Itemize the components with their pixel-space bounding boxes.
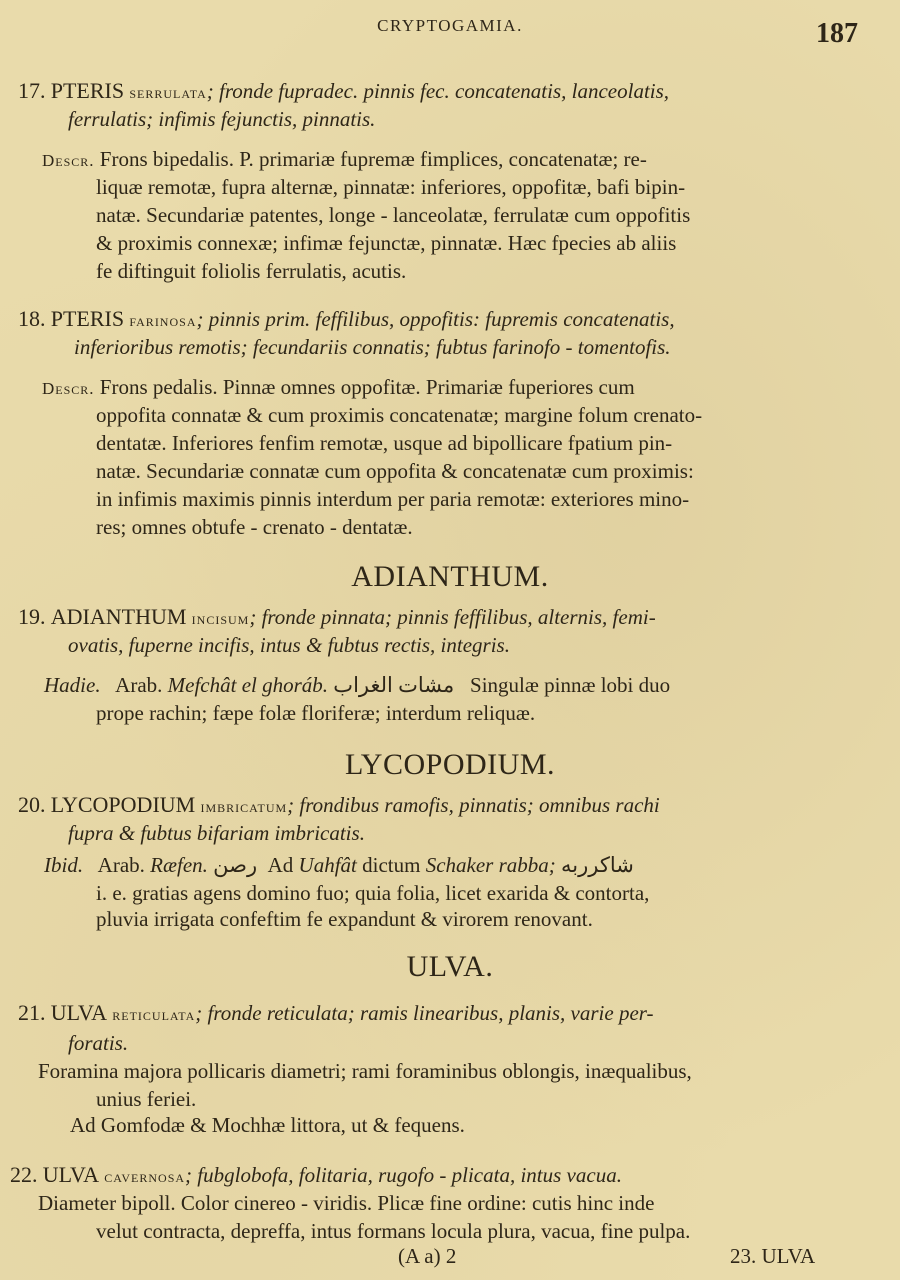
arab-label: Arab. bbox=[98, 853, 145, 877]
entry-heading: 18. PTERIS farinosa; pinnis prim. feffil… bbox=[18, 306, 675, 334]
descr-line: Foramina majora pollicaris diametri; ram… bbox=[38, 1058, 692, 1084]
entry-number: 18. bbox=[18, 306, 46, 331]
section-title-lycopodium: LYCOPODIUM. bbox=[0, 748, 900, 782]
descr-line: Ad Gomfodæ & Mochhæ littora, ut & fequen… bbox=[70, 1112, 465, 1138]
diagnosis-line: fupra & fubtus bifariam imbricatis. bbox=[68, 820, 365, 846]
entry-number: 21. bbox=[18, 1000, 46, 1025]
genus-name: ULVA bbox=[43, 1162, 99, 1187]
note-text: dictum bbox=[362, 853, 420, 877]
diagnosis-line: ferrulatis; infimis fejunctis, pinnatis. bbox=[68, 106, 375, 132]
diagnosis-line: ; fronde pinnata; pinnis feffilibus, alt… bbox=[249, 605, 655, 629]
note-line: i. e. gratias agens domino fuo; quia fol… bbox=[96, 880, 649, 906]
arabic-name-latin: Ræfen. bbox=[150, 853, 208, 877]
entry-heading: 17. PTERIS serrulata; fronde fupradec. p… bbox=[18, 78, 669, 106]
diagnosis-line: ; fronde fupradec. pinnis fec. concatena… bbox=[207, 79, 669, 103]
entry-heading: 22. ULVA cavernosa; fubglobofa, folitari… bbox=[10, 1162, 622, 1190]
descr-line: natæ. Secundariæ patentes, longe - lance… bbox=[96, 202, 690, 228]
note-line: prope rachin; fæpe folæ floriferæ; inter… bbox=[96, 700, 535, 726]
entry-heading: 20. LYCOPODIUM imbricatum; frondibus ram… bbox=[18, 792, 660, 820]
section-title-adianthum: ADIANTHUM. bbox=[0, 560, 900, 594]
running-head: CRYPTOGAMIA. bbox=[0, 16, 900, 36]
descr-text: Frons pedalis. Pinnæ omnes oppofitæ. Pri… bbox=[100, 375, 635, 399]
place-name: Uahfât bbox=[299, 853, 357, 877]
local-name: Schaker rabba; bbox=[426, 853, 556, 877]
arabic-name-latin: Mefchât el ghoráb. bbox=[168, 673, 328, 697]
entry-heading: 19. ADIANTHUM incisum; fronde pinnata; p… bbox=[18, 604, 656, 632]
descr-text: Frons bipedalis. P. primariæ fupremæ fim… bbox=[100, 147, 647, 171]
diagnosis-line: ; frondibus ramofis, pinnatis; omnibus r… bbox=[287, 793, 660, 817]
locality: Ibid. bbox=[44, 853, 83, 877]
entry-number: 22. bbox=[10, 1162, 38, 1187]
descr-line: fe diftinguit foliolis ferrulatis, acuti… bbox=[96, 258, 406, 284]
arabic-script: رصن bbox=[213, 853, 257, 877]
diagnosis-line: ovatis, fuperne incifis, intus & fubtus … bbox=[68, 632, 510, 658]
species-name: cavernosa bbox=[104, 1167, 185, 1186]
note-text: Ad bbox=[268, 853, 294, 877]
locality: Hadie. bbox=[44, 673, 101, 697]
species-name: farinosa bbox=[129, 311, 196, 330]
arab-label: Arab. bbox=[115, 673, 162, 697]
descr-line: velut contracta, depreffa, intus formans… bbox=[96, 1218, 690, 1244]
descr-line: res; omnes obtufe - crenato - dentatæ. bbox=[96, 514, 413, 540]
descr-label: Descr. bbox=[42, 379, 95, 398]
descr-label: Descr. bbox=[42, 151, 95, 170]
page-number: 187 bbox=[816, 18, 858, 50]
species-name: imbricatum bbox=[200, 797, 287, 816]
note-line: pluvia irrigata confeftim fe expandunt &… bbox=[96, 906, 593, 932]
genus-name: LYCOPODIUM bbox=[51, 792, 195, 817]
descr-line: liquæ remotæ, fupra alternæ, pinnatæ: in… bbox=[96, 174, 685, 200]
genus-name: PTERIS bbox=[51, 78, 124, 103]
descr-line: Descr. Frons pedalis. Pinnæ omnes oppofi… bbox=[42, 374, 635, 402]
arabic-script: شاكرربه bbox=[561, 853, 634, 877]
note-text: Singulæ pinnæ lobi duo bbox=[470, 673, 670, 697]
descr-line: natæ. Secundariæ connatæ cum oppofita & … bbox=[96, 458, 694, 484]
diagnosis-line: ; pinnis prim. feffilibus, oppofitis: fu… bbox=[196, 307, 674, 331]
genus-name: ULVA bbox=[51, 1000, 107, 1025]
diagnosis-line: inferioribus remotis; fecundariis connat… bbox=[74, 334, 671, 360]
entry-number: 19. bbox=[18, 604, 46, 629]
descr-line: & proximis connexæ; infimæ fejunctæ, pin… bbox=[96, 230, 676, 256]
entry-number: 20. bbox=[18, 792, 46, 817]
descr-line: in infimis maximis pinnis interdum per p… bbox=[96, 486, 689, 512]
species-name: serrulata bbox=[129, 83, 206, 102]
diagnosis-line: foratis. bbox=[68, 1030, 128, 1056]
genus-name: PTERIS bbox=[51, 306, 124, 331]
species-name: incisum bbox=[192, 609, 250, 628]
note-line: Hadie. Arab. Mefchât el ghoráb. مشات الغ… bbox=[44, 672, 670, 698]
book-page: CRYPTOGAMIA. 187 17. PTERIS serrulata; f… bbox=[0, 0, 900, 1280]
descr-line: dentatæ. Inferiores fenfim remotæ, usque… bbox=[96, 430, 672, 456]
descr-line: Descr. Frons bipedalis. P. primariæ fupr… bbox=[42, 146, 647, 174]
entry-heading: 21. ULVA reticulata; fronde reticulata; … bbox=[18, 1000, 654, 1028]
species-name: reticulata bbox=[112, 1005, 195, 1024]
descr-line: Diameter bipoll. Color cinereo - viridis… bbox=[38, 1190, 654, 1216]
diagnosis-line: ; fubglobofa, folitaria, rugofo - plicat… bbox=[185, 1163, 622, 1187]
entry-number: 17. bbox=[18, 78, 46, 103]
catchword: 23. ULVA bbox=[730, 1244, 815, 1269]
note-line: Ibid. Arab. Ræfen. رصن Ad Uahfât dictum … bbox=[44, 852, 634, 878]
descr-line: unius feriei. bbox=[96, 1086, 196, 1112]
signature-mark: (A a) 2 bbox=[398, 1244, 456, 1269]
section-title-ulva: ULVA. bbox=[0, 950, 900, 984]
genus-name: ADIANTHUM bbox=[51, 604, 187, 629]
descr-line: oppofita connatæ & cum proximis concaten… bbox=[96, 402, 702, 428]
diagnosis-line: ; fronde reticulata; ramis linearibus, p… bbox=[195, 1001, 653, 1025]
arabic-script: مشات الغراب bbox=[333, 673, 454, 697]
